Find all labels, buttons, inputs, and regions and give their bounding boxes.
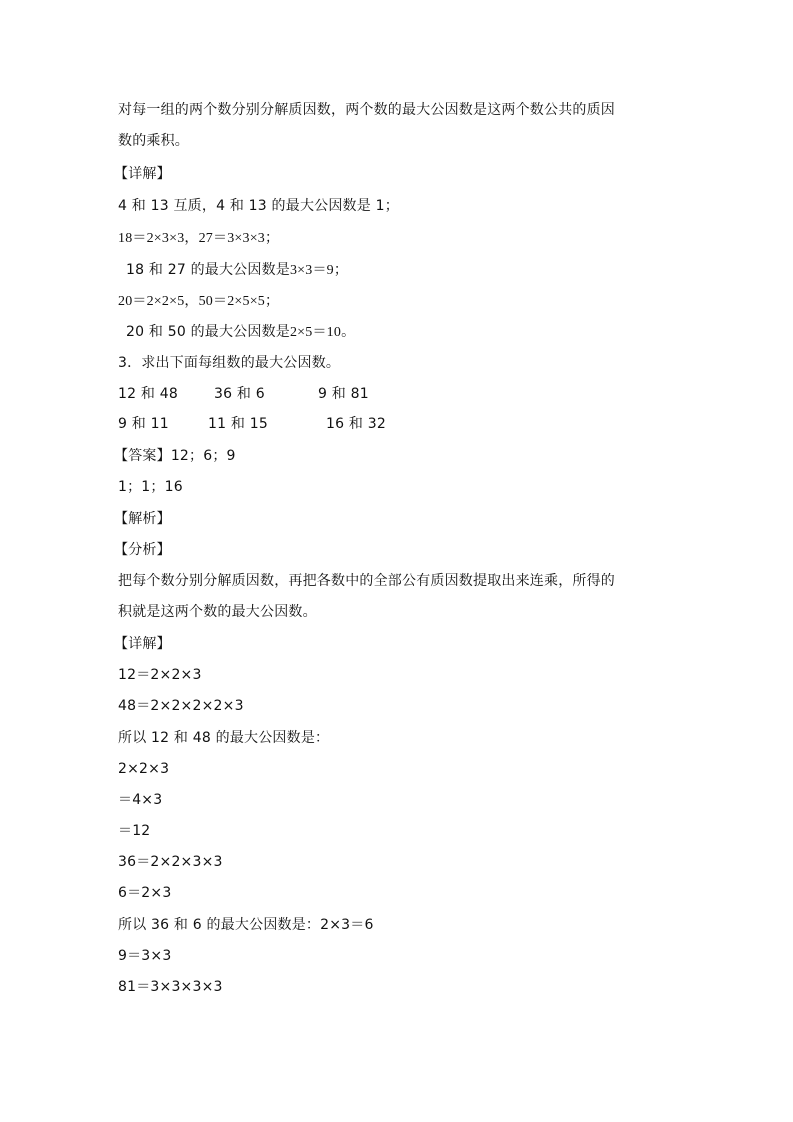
step-line: 48＝2×2×2×2×3: [118, 696, 244, 716]
statement-text: 20 和 50 的最大公因数是: [126, 324, 290, 340]
detail-line-5: 20 和 50 的最大公因数是2×5＝10。: [118, 322, 355, 343]
statement-text: 18 和 27 的最大公因数是: [126, 262, 290, 278]
number-pair: 36 和 6: [214, 384, 265, 404]
number-pair: 16 和 32: [326, 414, 386, 434]
number-pair: 9 和 81: [318, 384, 369, 404]
equation: 27＝3×3×3: [199, 231, 265, 246]
step-line: 12＝2×2×3: [118, 665, 202, 685]
equation: 50＝2×5×5: [199, 294, 265, 309]
fenxi-line-1: 把每个数分别分解质因数，再把各数中的全部公有质因数提取出来连乘，所得的: [118, 571, 615, 591]
analysis-heading: 【解析】: [114, 509, 171, 529]
answer-line-1: 【答案】12；6；9: [114, 446, 236, 466]
step-line: 36＝2×2×3×3: [118, 852, 223, 872]
punctuation: ；: [265, 293, 279, 309]
equation: 18＝2×3×3: [118, 231, 184, 246]
detail-line-4: 20＝2×2×5，50＝2×5×5；: [118, 291, 279, 312]
equation: 2×5＝10: [290, 325, 341, 340]
fenxi-line-2: 积就是这两个数的最大公因数。: [118, 602, 317, 622]
question-row-2: 9 和 11 11 和 15 16 和 32: [118, 414, 693, 434]
separator: ，: [184, 293, 198, 309]
detail-line-2: 18＝2×3×3，27＝3×3×3；: [118, 228, 279, 249]
detail-heading: 【详解】: [114, 164, 171, 184]
punctuation: ；: [334, 262, 348, 278]
step-line: 81＝3×3×3×3: [118, 977, 223, 997]
step-line: 2×2×3: [118, 759, 169, 779]
step-line: ＝4×3: [118, 790, 162, 810]
separator: ，: [184, 230, 198, 246]
equation: 3×3＝9: [290, 263, 334, 278]
answer-line-2: 1；1；16: [118, 477, 183, 497]
intro-line-2: 数的乘积。: [118, 131, 189, 151]
equation: 20＝2×2×5: [118, 294, 184, 309]
step-line: 所以 36 和 6 的最大公因数是：2×3＝6: [118, 915, 374, 935]
number-pair: 11 和 15: [208, 414, 268, 434]
step-line: 9＝3×3: [118, 946, 171, 966]
detail-heading-2: 【详解】: [114, 634, 171, 654]
question-row-1: 12 和 48 36 和 6 9 和 81: [118, 384, 693, 404]
step-line: 所以 12 和 48 的最大公因数是：: [118, 728, 329, 748]
detail-line-3: 18 和 27 的最大公因数是3×3＝9；: [118, 260, 348, 281]
step-line: ＝12: [118, 821, 150, 841]
answer-label: 【答案】: [114, 448, 171, 464]
number-pair: 12 和 48: [118, 384, 178, 404]
punctuation: 。: [341, 324, 355, 340]
answer-values: 12；6；9: [171, 448, 236, 464]
punctuation: ；: [265, 230, 279, 246]
question-3-title: 3．求出下面每组数的最大公因数。: [118, 353, 340, 373]
intro-line-1: 对每一组的两个数分别分解质因数，两个数的最大公因数是这两个数公共的质因: [118, 100, 615, 120]
step-line: 6＝2×3: [118, 883, 171, 903]
number-pair: 9 和 11: [118, 414, 169, 434]
fenxi-heading: 【分析】: [114, 540, 171, 560]
detail-line-1: 4 和 13 互质，4 和 13 的最大公因数是 1；: [118, 196, 399, 216]
